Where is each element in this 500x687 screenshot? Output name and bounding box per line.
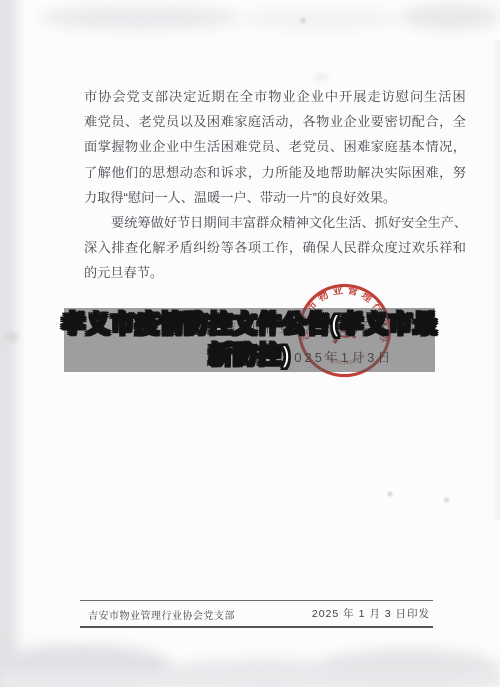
body-line: 市协会党支部决定近期在全市物业企业中开展走访慰问生活困: [84, 84, 466, 109]
scan-artifact: [320, 648, 500, 687]
document-body: 市协会党支部决定近期在全市物业企业中开展走访慰问生活困 难党员、老党员以及困难家…: [84, 84, 466, 286]
body-line: 面掌握物业企业中生活困难党员、老党员、困难家庭基本情况，: [84, 134, 466, 159]
body-line: 了解他们的思想动态和诉求，力所能及地帮助解决实际困难，努: [84, 160, 466, 185]
scan-shadow-right: [492, 40, 500, 520]
scan-artifact: [0, 672, 500, 687]
scan-speck: [4, 332, 18, 342]
body-line: 要统筹做好节日期间丰富群众精神文化生活、抓好安全生产、: [111, 210, 466, 235]
overlay-title: 孝义市疫情防控文件公告(孝义市最 新防控): [60, 309, 439, 371]
overlay-title-line1: 孝义市疫情防控文件公告(孝义市最: [60, 309, 439, 340]
body-line: 难党员、老党员以及困难家庭活动，各物业企业要密切配合，全: [84, 109, 466, 134]
footer-rule-bottom: [80, 626, 433, 628]
scan-speck: [314, 74, 328, 81]
footer-rule-top: [80, 600, 433, 601]
body-line: 的元旦春节。: [84, 260, 466, 285]
scan-artifact: [160, 658, 370, 687]
overlay-title-line2: 新防控): [60, 340, 439, 371]
scanned-document-page: 市协会党支部决定近期在全市物业企业中开展走访慰问生活困 难党员、老党员以及困难家…: [0, 0, 500, 687]
scan-speck: [300, 18, 306, 23]
scan-artifact: [400, 4, 500, 30]
scan-speck: [388, 492, 392, 496]
body-line: 力取得“慰问一人、温暖一户、带动一片”的良好效果。: [84, 185, 466, 210]
scan-shadow-left: [0, 0, 26, 687]
scan-artifact: [40, 6, 240, 30]
footer-print-date: 2025 年 1 月 3 日印发: [312, 606, 430, 621]
scan-artifact: [240, 10, 400, 28]
scan-speck: [444, 498, 449, 502]
body-line: 深入排查化解矛盾纠纷等各项工作，确保人民群众度过欢乐祥和: [84, 235, 466, 260]
scan-artifact: [0, 644, 173, 687]
footer-issuer: 吉安市物业管理行业协会党支部: [88, 607, 235, 622]
